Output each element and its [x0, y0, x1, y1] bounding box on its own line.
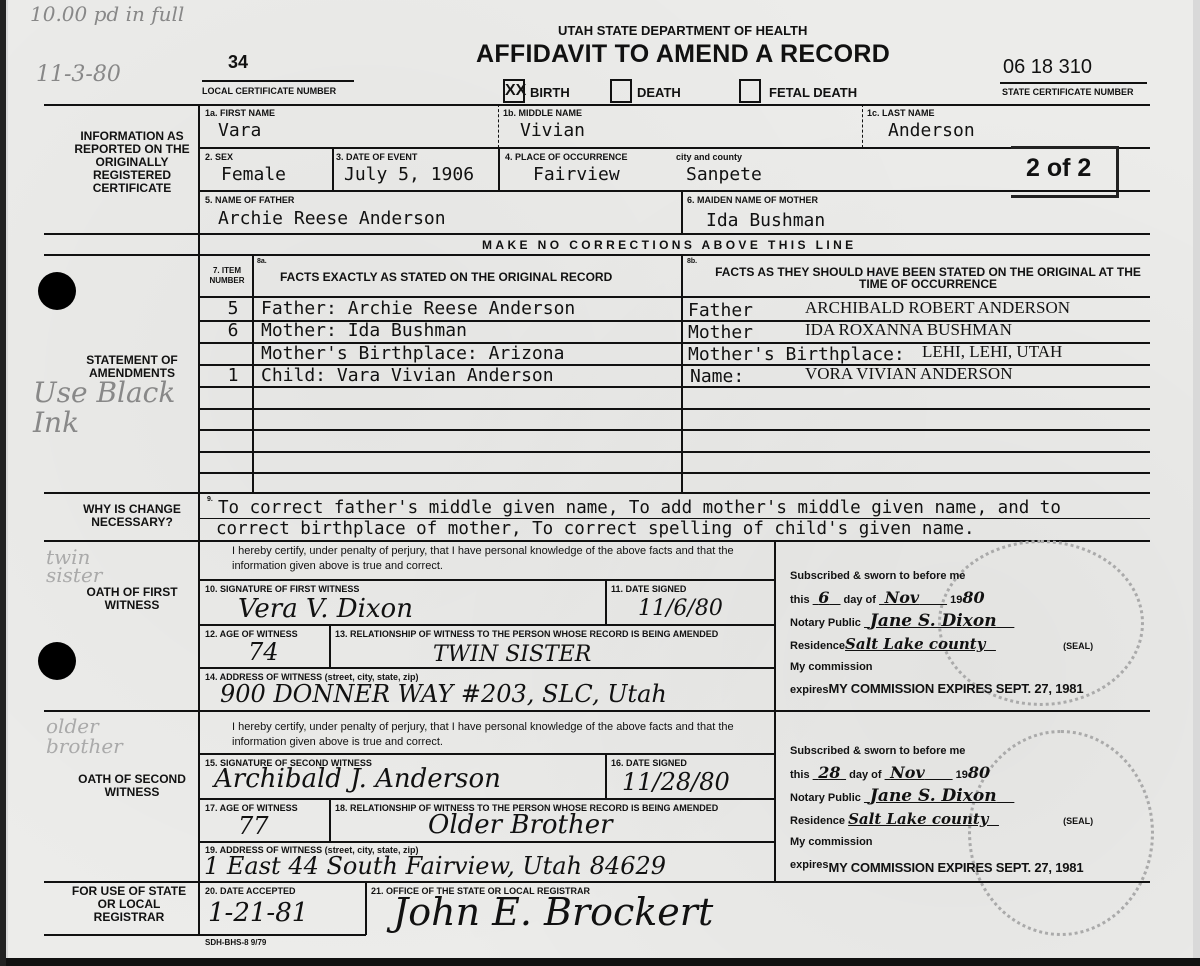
date-of-event-value: July 5, 1906: [344, 164, 474, 185]
birth-label: BIRTH: [530, 85, 570, 100]
middle-name-label: 1b. MIDDLE NAME: [503, 108, 582, 118]
sex-label: 2. SEX: [205, 152, 233, 162]
no-corrections-notice: MAKE NO CORRECTIONS ABOVE THIS LINE: [482, 238, 857, 252]
second-date-label: 16. DATE SIGNED: [611, 758, 687, 768]
section-first-witness: OATH OF FIRST WITNESS: [74, 586, 190, 612]
corrected-fact: VORA VIVIAN ANDERSON: [805, 364, 1012, 384]
local-certificate-label: LOCAL CERTIFICATE NUMBER: [202, 86, 336, 96]
original-fact: Mother's Birthplace: Arizona: [261, 343, 564, 364]
state-certificate-number: 06 18 310: [1003, 56, 1092, 79]
first-address-value: 900 DONNER WAY #203, SLC, Utah: [220, 680, 667, 708]
registrar-signature: John E. Brockert: [393, 890, 713, 934]
scan-border-left: [0, 0, 6, 966]
reason-line-1: To correct father's middle given name, T…: [218, 498, 1061, 518]
pencil-note-twin: twin sister: [46, 548, 136, 584]
section-registrar: FOR USE OF STATE OR LOCAL REGISTRAR: [64, 885, 194, 924]
original-fact: Father: Archie Reese Anderson: [261, 298, 575, 319]
first-name-value: Vara: [218, 120, 261, 141]
first-signature-label: 10. SIGNATURE OF FIRST WITNESS: [205, 584, 359, 594]
last-name-value: Anderson: [888, 120, 975, 141]
scan-border-bottom: [0, 958, 1200, 966]
fetal-death-label: FETAL DEATH: [769, 85, 857, 100]
col-a-header: FACTS EXACTLY AS STATED ON THE ORIGINAL …: [280, 270, 612, 284]
mother-maiden-name-label: 6. MAIDEN NAME OF MOTHER: [687, 195, 818, 205]
father-name-label: 5. NAME OF FATHER: [205, 195, 294, 205]
death-label: DEATH: [637, 85, 681, 100]
punch-hole-bottom: [38, 642, 76, 680]
affidavit-form: 10.00 pd in full 11-3-80 34 LOCAL CERTIF…: [8, 0, 1193, 960]
mother-maiden-name-value: Ida Bushman: [706, 210, 825, 231]
last-name-label: 1c. LAST NAME: [867, 108, 935, 118]
second-date-value: 11/28/80: [622, 768, 730, 796]
pencil-note-payment: 10.00 pd in full: [30, 2, 184, 26]
second-relationship-value: Older Brother: [428, 810, 613, 840]
second-age-value: 77: [238, 812, 269, 840]
item-number-header: 7. ITEM NUMBER: [203, 266, 251, 286]
first-witness-signature: Vera V. Dixon: [238, 594, 413, 624]
place-of-occurrence-label: 4. PLACE OF OCCURRENCE: [505, 152, 628, 162]
pencil-note-brother: older brother: [46, 716, 146, 756]
item-number: 6: [220, 320, 246, 341]
second-address-value: 1 East 44 South Fairview, Utah 84629: [204, 852, 666, 880]
page-stamp: 2 of 2: [1026, 154, 1091, 183]
corrected-field: Name:: [690, 366, 744, 387]
second-witness-certification: I hereby certify, under penalty of perju…: [232, 720, 752, 750]
first-relationship-value: TWIN SISTER: [433, 642, 591, 667]
punch-hole-top: [38, 272, 76, 310]
first-date-label: 11. DATE SIGNED: [611, 584, 686, 594]
col-b-header: FACTS AS THEY SHOULD HAVE BEEN STATED ON…: [708, 266, 1148, 290]
item-number: 1: [220, 365, 246, 386]
section-original-info: INFORMATION AS REPORTED ON THE ORIGINALL…: [74, 130, 190, 195]
place-value: Fairview: [533, 164, 620, 185]
sex-value: Female: [221, 164, 286, 185]
corrected-fact: LEHI, LEHI, UTAH: [922, 342, 1062, 362]
first-notary-block: Subscribed & sworn to before me this 6 d…: [790, 566, 1170, 701]
first-date-value: 11/6/80: [638, 596, 723, 621]
pencil-note-date: 11-3-80: [36, 62, 121, 87]
pencil-note-ink: Use Black Ink: [33, 378, 183, 438]
col-a-number: 8a.: [257, 258, 267, 265]
corrected-field: Mother's Birthplace:: [688, 344, 905, 365]
fetal-death-checkbox[interactable]: [739, 79, 761, 103]
date-accepted-value: 1-21-81: [208, 898, 308, 928]
corrected-fact: IDA ROXANNA BUSHMAN: [805, 320, 1012, 340]
birth-checkbox[interactable]: XX: [503, 79, 525, 103]
form-title: AFFIDAVIT TO AMEND A RECORD: [476, 40, 890, 69]
father-name-value: Archie Reese Anderson: [218, 208, 446, 229]
corrected-field: Father: [688, 300, 753, 321]
original-fact: Mother: Ida Bushman: [261, 320, 467, 341]
city-county-label: city and county: [676, 152, 742, 162]
reason-line-2: correct birthplace of mother, To correct…: [216, 519, 975, 539]
first-age-value: 74: [248, 638, 279, 666]
county-value: Sanpete: [686, 164, 762, 185]
form-code: SDH-BHS-8 9/79: [205, 938, 266, 947]
first-name-label: 1a. FIRST NAME: [205, 108, 275, 118]
first-relationship-label: 13. RELATIONSHIP OF WITNESS TO THE PERSO…: [335, 629, 755, 639]
second-notary-block: Subscribed & sworn to before me this 28 …: [790, 741, 1170, 876]
death-checkbox[interactable]: [610, 79, 632, 103]
corrected-field: Mother: [688, 322, 753, 343]
section-reason: WHY IS CHANGE NECESSARY?: [74, 503, 190, 529]
department-name: UTAH STATE DEPARTMENT OF HEALTH: [558, 23, 807, 38]
first-witness-certification: I hereby certify, under penalty of perju…: [232, 544, 752, 574]
reason-number: 9.: [207, 496, 213, 503]
second-witness-signature: Archibald J. Anderson: [214, 764, 501, 794]
middle-name-value: Vivian: [520, 120, 585, 141]
date-of-event-label: 3. DATE OF EVENT: [336, 152, 417, 162]
original-fact: Child: Vara Vivian Anderson: [261, 365, 554, 386]
section-second-witness: OATH OF SECOND WITNESS: [74, 773, 190, 799]
corrected-fact: ARCHIBALD ROBERT ANDERSON: [805, 298, 1070, 318]
date-accepted-label: 20. DATE ACCEPTED: [205, 886, 296, 896]
col-b-number: 8b.: [687, 258, 697, 265]
item-number: 5: [220, 298, 246, 319]
local-certificate-number: 34: [228, 52, 248, 73]
state-certificate-label: STATE CERTIFICATE NUMBER: [1002, 87, 1134, 97]
